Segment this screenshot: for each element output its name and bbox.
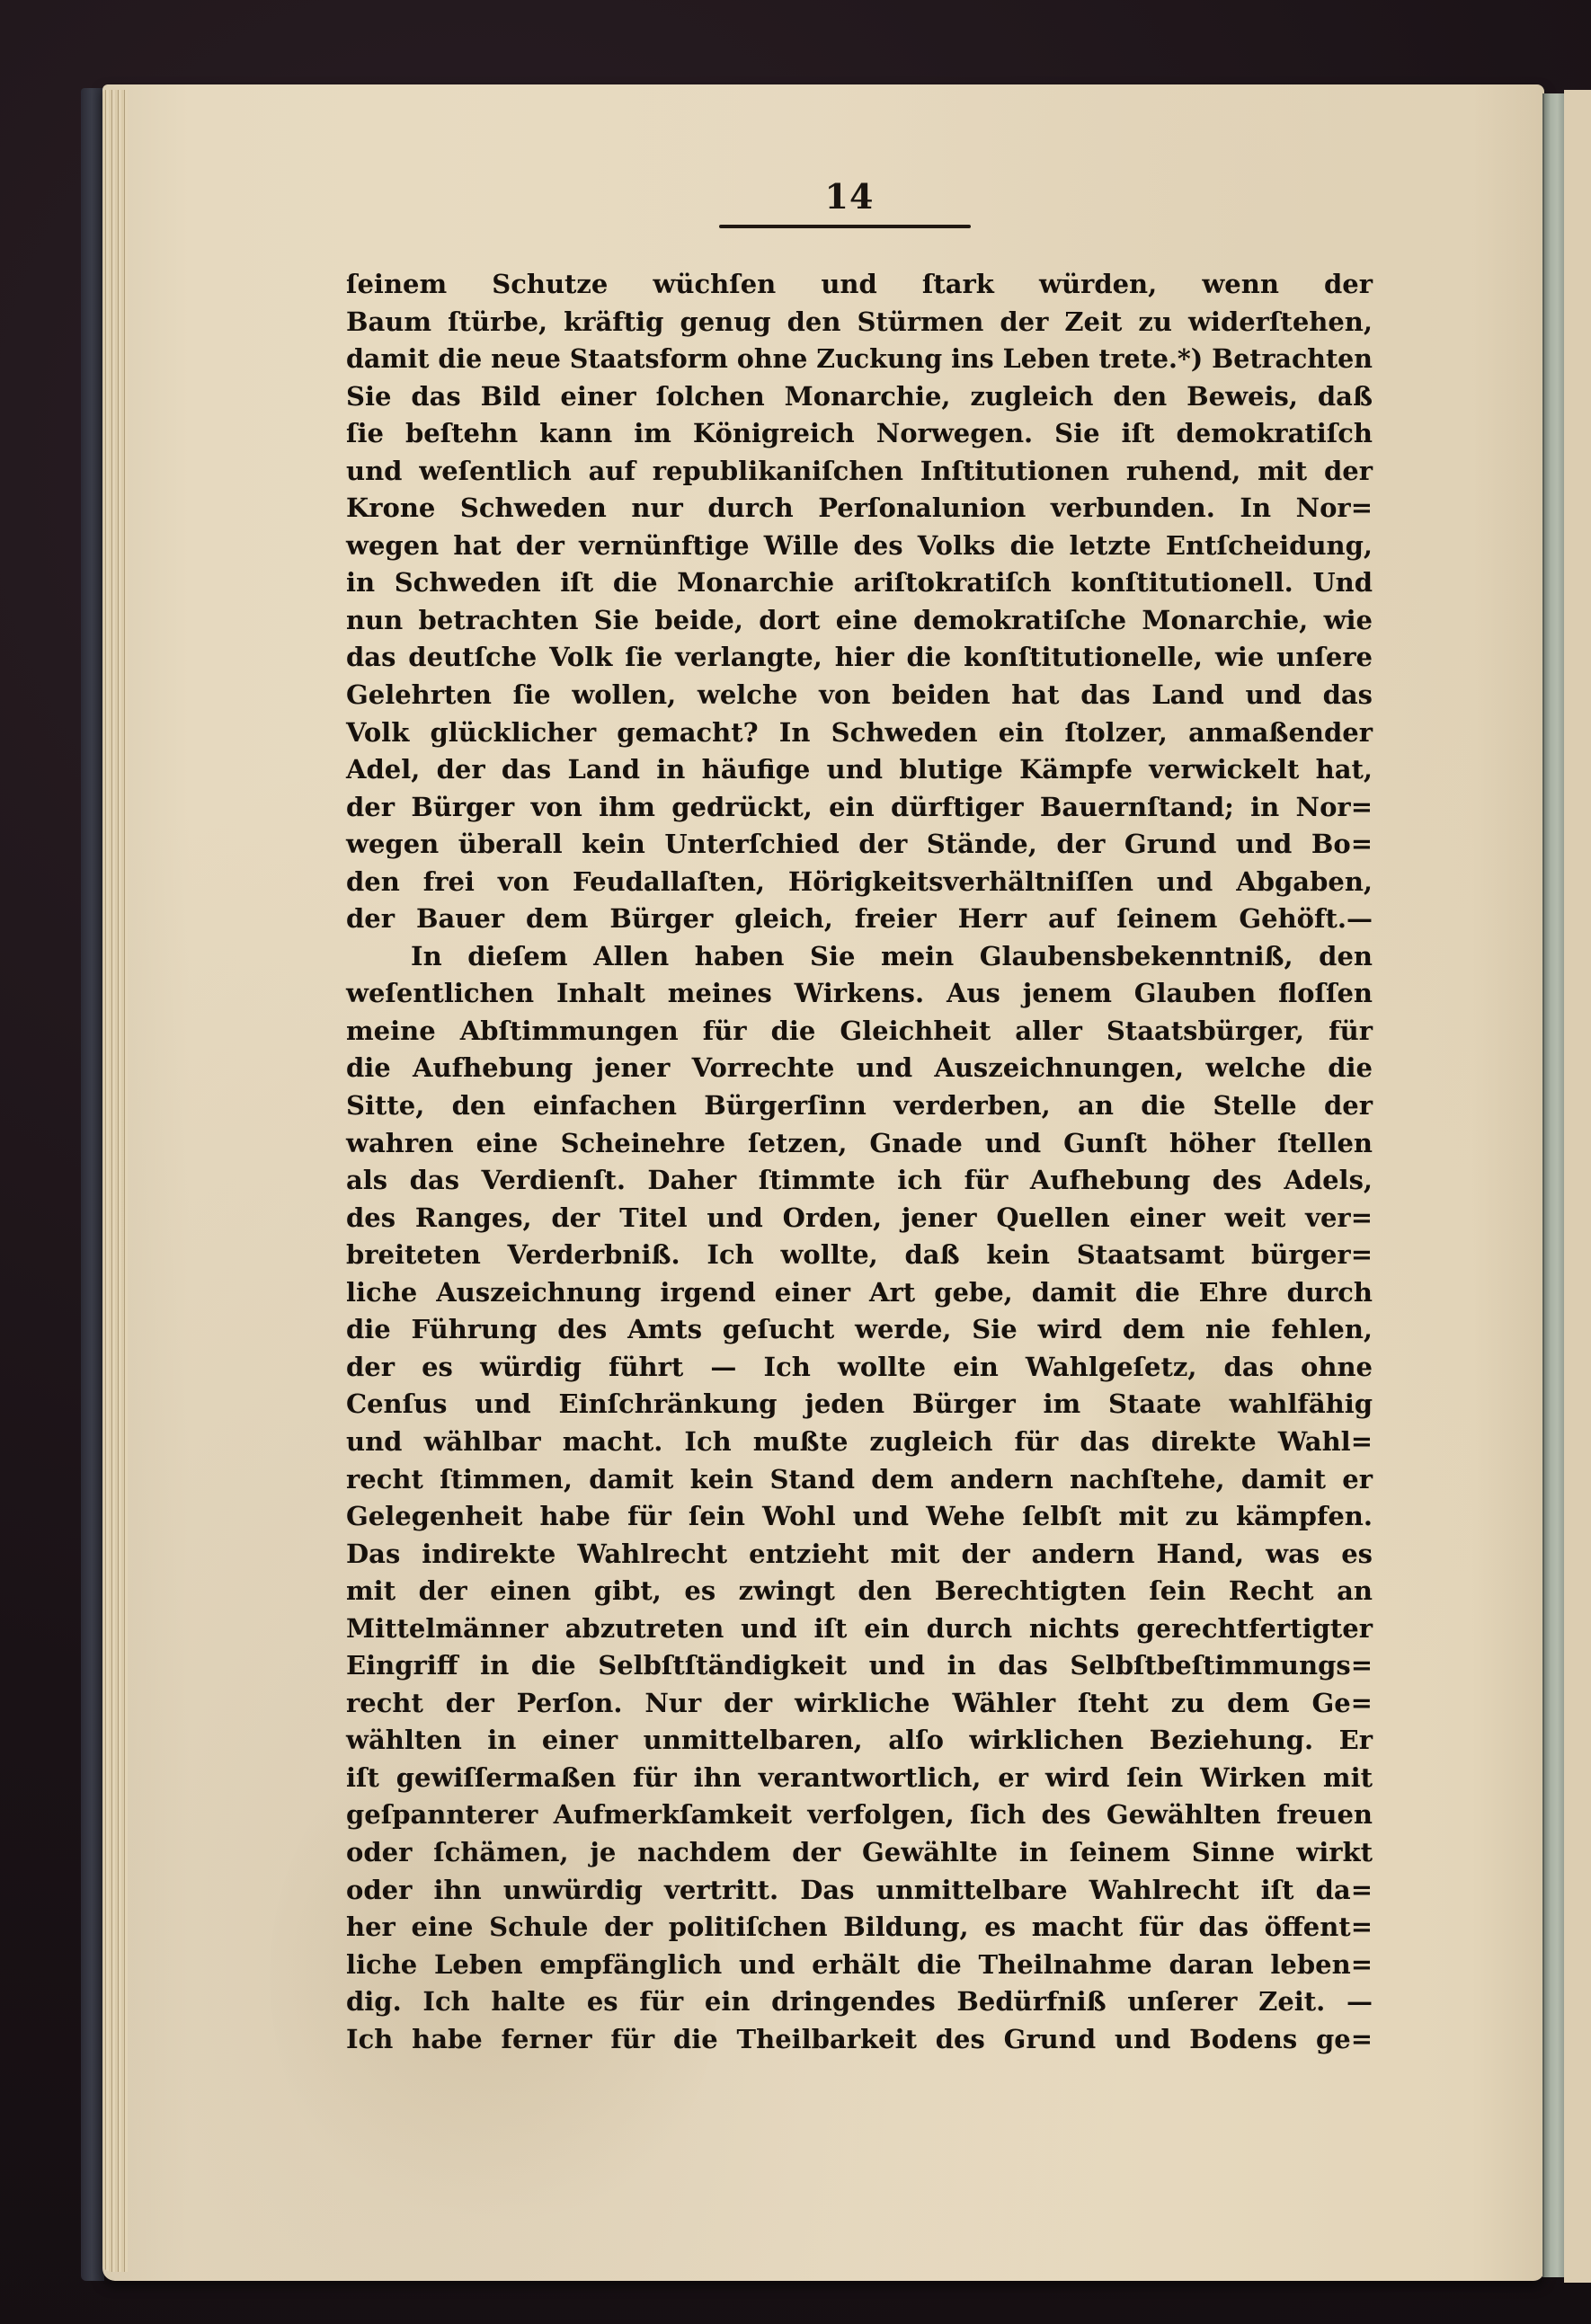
text-line: Sitte, den einfachen Bürgerſinn verderbe… <box>346 1087 1373 1125</box>
text-line: wählten in einer unmittelbaren, alſo wir… <box>346 1722 1373 1760</box>
text-line: Volk glücklicher gemacht? In Schweden ei… <box>346 714 1373 752</box>
text-line: des Ranges, der Titel und Orden, jener Q… <box>346 1200 1373 1237</box>
text-line: Cenſus und Einſchränkung jeden Bürger im… <box>346 1386 1373 1424</box>
text-line: die Aufhebung jener Vorrechte und Auszei… <box>346 1050 1373 1087</box>
text-line: das deutſche Volk ſie verlangte, hier di… <box>346 639 1373 677</box>
text-line: Sie das Bild einer ſolchen Monarchie, zu… <box>346 378 1373 416</box>
text-line: damit die neue Staatsform ohne Zuckung i… <box>346 341 1373 378</box>
text-line: her eine Schule der politiſchen Bildung,… <box>346 1909 1373 1947</box>
text-line: in Schweden iſt die Monarchie ariſtokrat… <box>346 564 1373 602</box>
text-line: wegen überall kein Unterſchied der Ständ… <box>346 826 1373 864</box>
text-line: oder ſchämen, je nachdem der Gewählte in… <box>346 1834 1373 1872</box>
text-line: breiteten Verderbniß. Ich wollte, daß ke… <box>346 1237 1373 1274</box>
text-line: wegen hat der vernünftige Wille des Volk… <box>346 528 1373 565</box>
text-line: Mittelmänner abzutreten und iſt ein durc… <box>346 1610 1373 1648</box>
text-line: den frei von Feudallaſten, Hörigkeitsver… <box>346 864 1373 901</box>
text-line: recht ſtimmen, damit kein Stand dem ande… <box>346 1461 1373 1499</box>
text-line: wahren eine Scheinehre ſetzen, Gnade und… <box>346 1125 1373 1163</box>
text-line: iſt gewiſſermaßen für ihn verantwortlich… <box>346 1760 1373 1797</box>
text-line: weſentlichen Inhalt meines Wirkens. Aus … <box>346 975 1373 1013</box>
text-line: ſie beſtehn kann im Königreich Norwegen.… <box>346 415 1373 453</box>
text-line: Krone Schweden nur durch Perſonalunion v… <box>346 490 1373 528</box>
text-line: Gelegenheit habe für ſein Wohl und Wehe … <box>346 1498 1373 1536</box>
text-line: der es würdig führt — Ich wollte ein Wah… <box>346 1349 1373 1387</box>
header-rule <box>719 225 971 228</box>
text-line: nun betrachten Sie beide, dort eine demo… <box>346 602 1373 640</box>
text-line: mit der einen gibt, es zwingt den Berech… <box>346 1573 1373 1610</box>
text-line: ſeinem Schutze wüchſen und ſtark würden,… <box>346 266 1373 304</box>
text-line: Gelehrten ſie wollen, welche von beiden … <box>346 677 1373 714</box>
text-line: geſpannterer Aufmerkſamkeit verfolgen, ſ… <box>346 1796 1373 1834</box>
text-line: die Führung des Amts geſucht werde, Sie … <box>346 1311 1373 1349</box>
adjacent-page-edge <box>1564 90 1591 2283</box>
text-line: der Bürger von ihm gedrückt, ein dürftig… <box>346 789 1373 827</box>
text-line: recht der Perſon. Nur der wirkliche Wähl… <box>346 1685 1373 1723</box>
page-leaf-edges <box>102 90 128 2272</box>
text-line: oder ihn unwürdig vertritt. Das unmittel… <box>346 1872 1373 1910</box>
text-line: und weſentlich auf republikaniſchen Inſt… <box>346 453 1373 491</box>
book-spine <box>81 88 104 2281</box>
text-line: als das Verdienſt. Daher ſtimmte ich für… <box>346 1162 1373 1200</box>
text-line: In dieſem Allen haben Sie mein Glaubensb… <box>346 938 1373 976</box>
text-line: meine Abſtimmungen für die Gleichheit al… <box>346 1013 1373 1051</box>
text-line: dig. Ich halte es für ein dringendes Bed… <box>346 1983 1373 2021</box>
text-line: und wählbar macht. Ich mußte zugleich fü… <box>346 1424 1373 1461</box>
text-line: Eingriff in die Selbſtſtändigkeit und in… <box>346 1647 1373 1685</box>
text-line: liche Auszeichnung irgend einer Art gebe… <box>346 1274 1373 1312</box>
text-line: Das indirekte Wahlrecht entzieht mit der… <box>346 1536 1373 1574</box>
page-number: 14 <box>804 176 894 217</box>
text-line: der Bauer dem Bürger gleich, freier Herr… <box>346 900 1373 938</box>
text-line: Adel, der das Land in häufige und blutig… <box>346 751 1373 789</box>
gutter-strip <box>1542 93 1566 2277</box>
text-line: liche Leben empfänglich und erhält die T… <box>346 1947 1373 1984</box>
text-line: Baum ſtürbe, kräftig genug den Stürmen d… <box>346 304 1373 342</box>
text-line: Ich habe ferner für die Theilbarkeit des… <box>346 2021 1373 2059</box>
body-text: ſeinem Schutze wüchſen und ſtark würden,… <box>346 266 1373 2058</box>
